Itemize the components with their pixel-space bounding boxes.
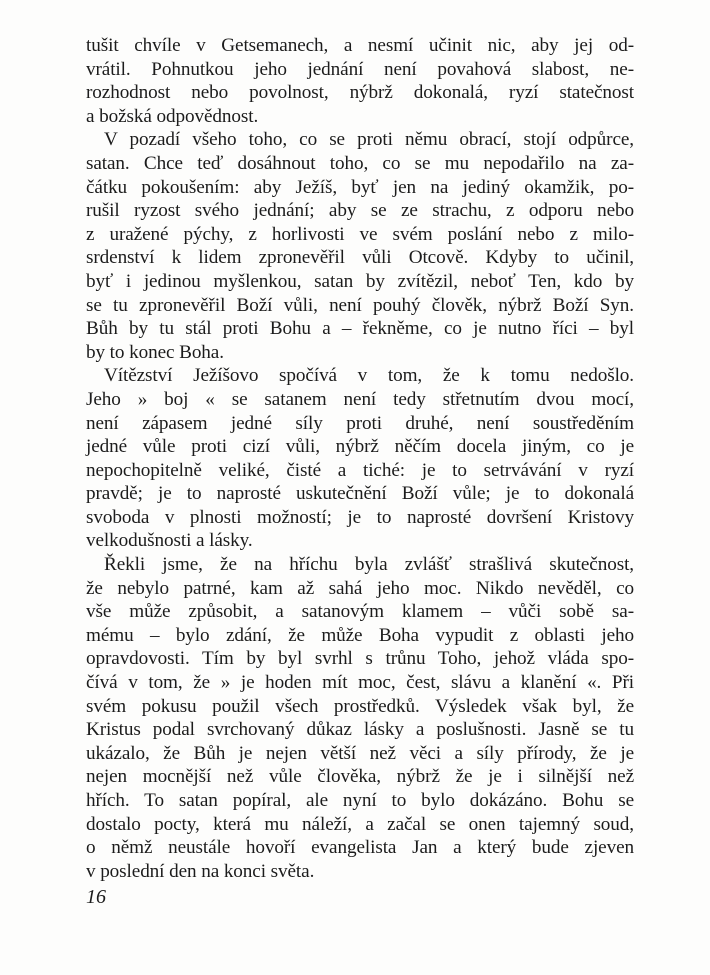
text-line: pravdě; je to naprosté uskutečnění Boží … (86, 482, 634, 506)
text-line: Vítězství Ježíšovo spočívá v tom, že k t… (86, 364, 634, 388)
text-line: hřích. To satan popíral, ale nyní to byl… (86, 789, 634, 813)
text-line: satan. Chce teď dosáhnout toho, co se mu… (86, 152, 634, 176)
text-line: čátku pokoušením: aby Ježíš, byť jen na … (86, 176, 634, 200)
text-line: by to konec Boha. (86, 341, 634, 365)
text-line: vrátil. Pohnutkou jeho jednání není pova… (86, 58, 634, 82)
text-line: V pozadí všeho toho, co se proti němu ob… (86, 128, 634, 152)
paragraph: Vítězství Ježíšovo spočívá v tom, že k t… (86, 364, 634, 553)
text-line: svoboda v plnosti možností; je to napros… (86, 506, 634, 530)
text-line: velkodušnosti a lásky. (86, 529, 634, 553)
text-line: dostalo pocty, která mu náleží, a začal … (86, 813, 634, 837)
text-line: Řekli jsme, že na hříchu byla zvlášť str… (86, 553, 634, 577)
text-line: ukázalo, že Bůh je nejen větší než věci … (86, 742, 634, 766)
text-line: o němž neustále hovoří evangelista Jan a… (86, 836, 634, 860)
text-line: tušit chvíle v Getsemanech, a nesmí učin… (86, 34, 634, 58)
text-line: nepochopitelně veliké, čisté a tiché: je… (86, 459, 634, 483)
text-line: jedné vůle proti cizí vůli, nýbrž něčím … (86, 435, 634, 459)
text-line: opravdovosti. Tím by byl svrhl s trůnu T… (86, 647, 634, 671)
text-line: srdenství k lidem zpronevěřil vůli Otcov… (86, 246, 634, 270)
paragraph: Řekli jsme, že na hříchu byla zvlášť str… (86, 553, 634, 883)
text-line: nejen mocnější než vůle člověka, nýbrž ž… (86, 765, 634, 789)
text-line: že nebylo patrné, kam až sahá jeho moc. … (86, 577, 634, 601)
paragraph: tušit chvíle v Getsemanech, a nesmí učin… (86, 34, 634, 128)
text-line: Jeho » boj « se satanem není tedy střetn… (86, 388, 634, 412)
text-line: se tu zpronevěřil Boží vůli, není pouhý … (86, 294, 634, 318)
page-body: tušit chvíle v Getsemanech, a nesmí učin… (86, 34, 634, 883)
text-line: svém pokusu použil všech prostředků. Výs… (86, 695, 634, 719)
text-line: vše může způsobit, a satanovým klamem – … (86, 600, 634, 624)
text-line: byť i jedinou myšlenkou, satan by zvítěz… (86, 270, 634, 294)
text-line: rozhodnost nebo povolnost, nýbrž dokonal… (86, 81, 634, 105)
text-line: Kristus podal svrchovaný důkaz lásky a p… (86, 718, 634, 742)
text-line: Bůh by tu stál proti Bohu a – řekněme, c… (86, 317, 634, 341)
text-line: v poslední den na konci světa. (86, 860, 634, 884)
text-line: a božská odpovědnost. (86, 105, 634, 129)
text-line: čívá v tom, že » je hoden mít moc, čest,… (86, 671, 634, 695)
paragraph: V pozadí všeho toho, co se proti němu ob… (86, 128, 634, 364)
text-line: z uražené pýchy, z horlivosti ve svém po… (86, 223, 634, 247)
text-line: není zápasem jedné síly proti druhé, nen… (86, 412, 634, 436)
text-line: mému – bylo zdání, že může Boha vypudit … (86, 624, 634, 648)
text-line: rušil ryzost svého jednání; aby se ze st… (86, 199, 634, 223)
page-number: 16 (86, 886, 106, 909)
